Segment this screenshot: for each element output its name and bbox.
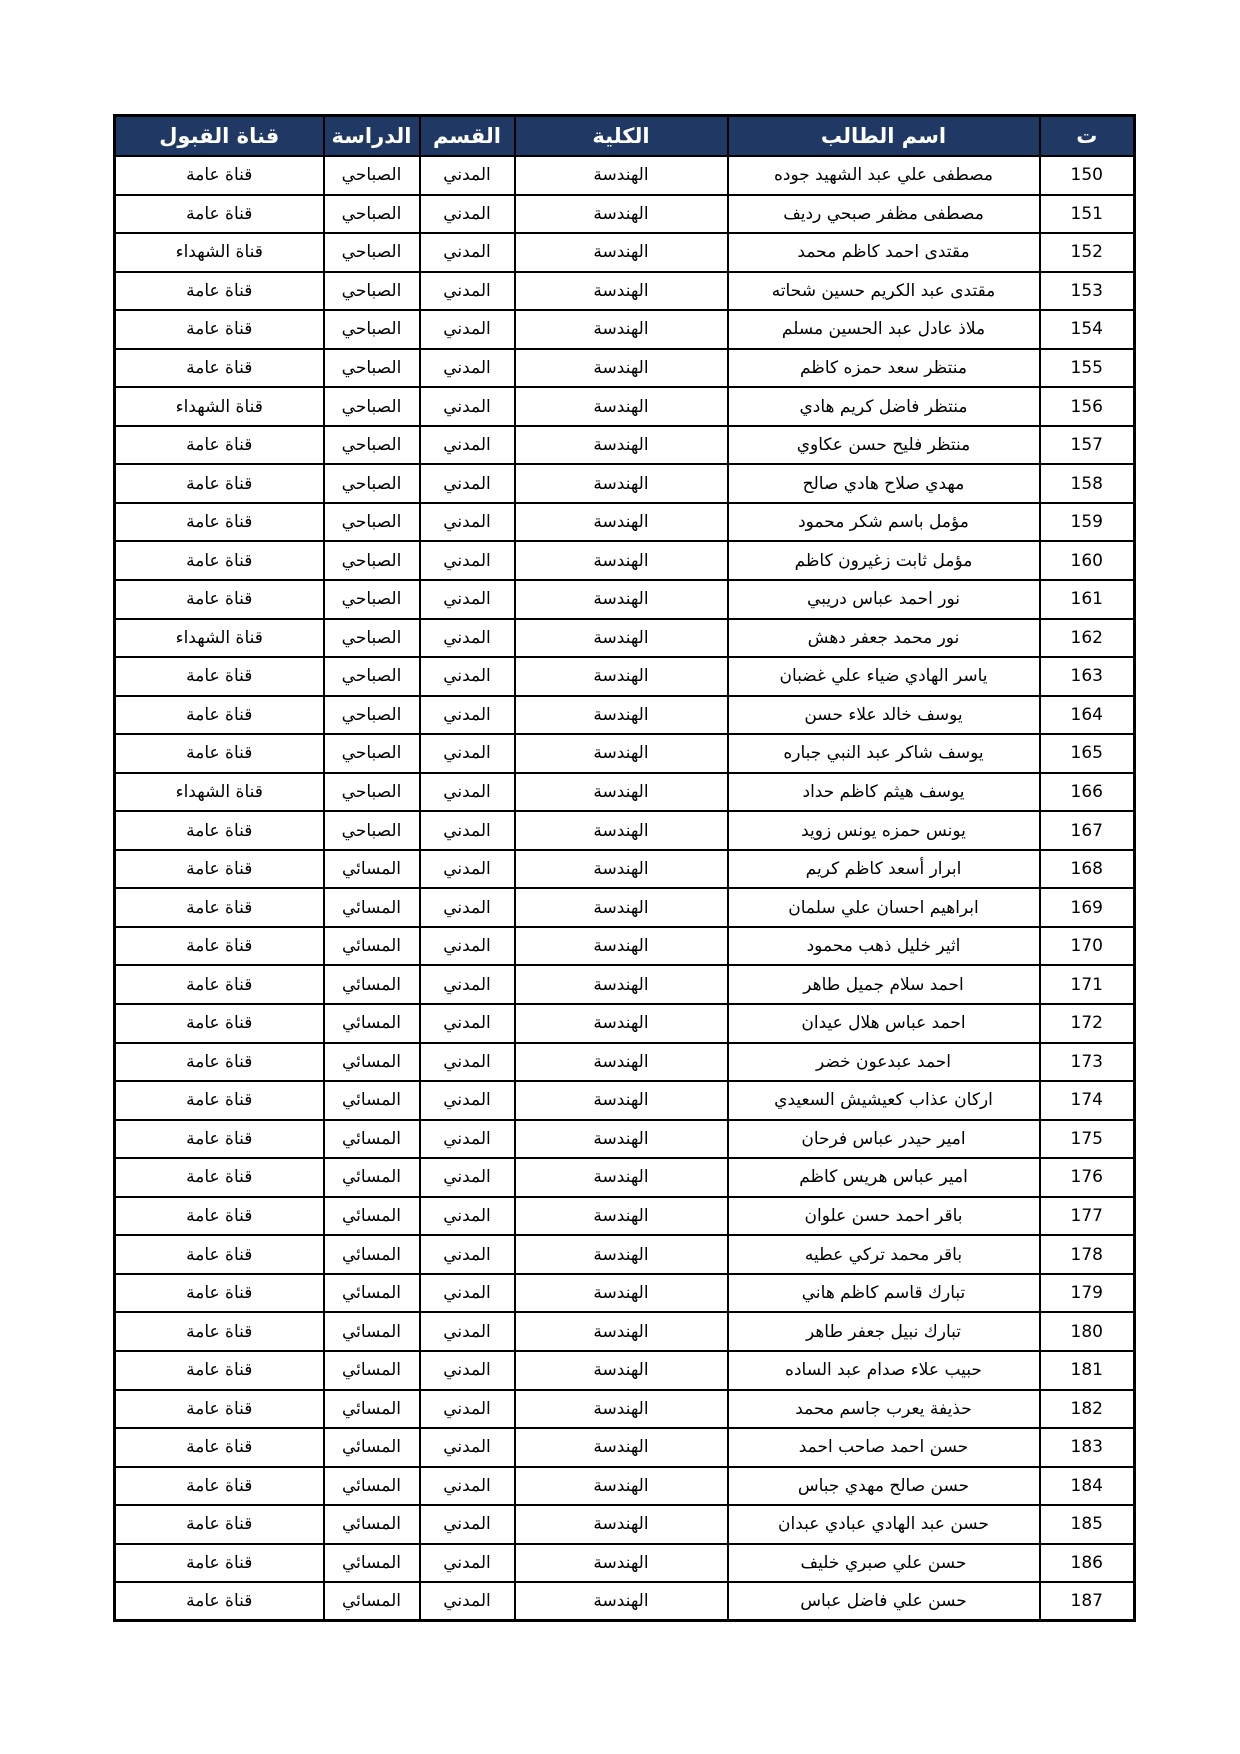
cell-no: 153 (1040, 272, 1135, 311)
cell-no: 164 (1040, 696, 1135, 735)
cell-no: 187 (1040, 1582, 1135, 1621)
cell-channel: قناة عامة (115, 1004, 324, 1043)
cell-dept: المدني (420, 426, 515, 465)
cell-name: مصطفى مظفر صبحي رديف (728, 195, 1040, 234)
cell-college: الهندسة (515, 1351, 728, 1390)
cell-channel: قناة عامة (115, 464, 324, 503)
table-row: 185حسن عبد الهادي عبادي عبدانالهندسةالمد… (115, 1505, 1135, 1544)
cell-study: المسائي (324, 1120, 420, 1159)
table-row: 163ياسر الهادي ضياء علي غضبانالهندسةالمد… (115, 657, 1135, 696)
cell-name: تبارك قاسم كاظم هاني (728, 1274, 1040, 1313)
cell-college: الهندسة (515, 696, 728, 735)
table-row: 183حسن احمد صاحب احمدالهندسةالمدنيالمسائ… (115, 1428, 1135, 1467)
cell-dept: المدني (420, 310, 515, 349)
cell-study: الصباحي (324, 310, 420, 349)
cell-college: الهندسة (515, 619, 728, 658)
cell-dept: المدني (420, 927, 515, 966)
cell-study: المسائي (324, 1081, 420, 1120)
table-row: 152مقتدى احمد كاظم محمدالهندسةالمدنيالصب… (115, 233, 1135, 272)
table-row: 182حذيفة يعرب جاسم محمدالهندسةالمدنيالمس… (115, 1390, 1135, 1429)
cell-name: اثير خليل ذهب محمود (728, 927, 1040, 966)
cell-dept: المدني (420, 272, 515, 311)
cell-channel: قناة عامة (115, 927, 324, 966)
cell-no: 160 (1040, 541, 1135, 580)
table-row: 172احمد عباس هلال عيدانالهندسةالمدنيالمس… (115, 1004, 1135, 1043)
cell-name: منتظر فاضل كريم هادي (728, 387, 1040, 426)
cell-study: المسائي (324, 965, 420, 1004)
cell-college: الهندسة (515, 1158, 728, 1197)
cell-college: الهندسة (515, 1120, 728, 1159)
cell-study: الصباحي (324, 156, 420, 195)
table-row: 157منتظر فليح حسن عكاويالهندسةالمدنيالصب… (115, 426, 1135, 465)
cell-college: الهندسة (515, 1274, 728, 1313)
cell-study: المسائي (324, 1043, 420, 1082)
cell-no: 166 (1040, 773, 1135, 812)
cell-dept: المدني (420, 464, 515, 503)
cell-no: 150 (1040, 156, 1135, 195)
cell-name: احمد عبدعون خضر (728, 1043, 1040, 1082)
cell-dept: المدني (420, 657, 515, 696)
cell-dept: المدني (420, 387, 515, 426)
cell-no: 157 (1040, 426, 1135, 465)
cell-college: الهندسة (515, 888, 728, 927)
cell-channel: قناة عامة (115, 811, 324, 850)
table-header: ت اسم الطالب الكلية القسم الدراسة قناة ا… (115, 116, 1135, 157)
cell-study: المسائي (324, 1158, 420, 1197)
cell-name: حسن صالح مهدي جباس (728, 1467, 1040, 1506)
cell-channel: قناة عامة (115, 965, 324, 1004)
cell-study: المسائي (324, 1505, 420, 1544)
header-cell-name: اسم الطالب (728, 116, 1040, 157)
cell-channel: قناة الشهداء (115, 387, 324, 426)
cell-dept: المدني (420, 541, 515, 580)
cell-name: مؤمل ثابت زغيرون كاظم (728, 541, 1040, 580)
table-row: 184حسن صالح مهدي جباسالهندسةالمدنيالمسائ… (115, 1467, 1135, 1506)
table-row: 153مقتدى عبد الكريم حسين شحاتهالهندسةالم… (115, 272, 1135, 311)
cell-dept: المدني (420, 1467, 515, 1506)
cell-name: اركان عذاب كعيشيش السعيدي (728, 1081, 1040, 1120)
table-row: 180تبارك نبيل جعفر طاهرالهندسةالمدنيالمس… (115, 1312, 1135, 1351)
cell-dept: المدني (420, 233, 515, 272)
cell-no: 173 (1040, 1043, 1135, 1082)
cell-college: الهندسة (515, 811, 728, 850)
cell-channel: قناة عامة (115, 1081, 324, 1120)
cell-name: احمد سلام جميل طاهر (728, 965, 1040, 1004)
cell-college: الهندسة (515, 503, 728, 542)
cell-no: 159 (1040, 503, 1135, 542)
cell-study: المسائي (324, 1428, 420, 1467)
header-cell-dept: القسم (420, 116, 515, 157)
cell-dept: المدني (420, 1120, 515, 1159)
cell-name: منتظر سعد حمزه كاظم (728, 349, 1040, 388)
table-row: 186حسن علي صبري خليفالهندسةالمدنيالمسائي… (115, 1544, 1135, 1583)
cell-channel: قناة عامة (115, 1274, 324, 1313)
cell-college: الهندسة (515, 349, 728, 388)
cell-no: 185 (1040, 1505, 1135, 1544)
cell-college: الهندسة (515, 1505, 728, 1544)
cell-dept: المدني (420, 1544, 515, 1583)
cell-no: 174 (1040, 1081, 1135, 1120)
cell-college: الهندسة (515, 464, 728, 503)
cell-name: ملاذ عادل عبد الحسين مسلم (728, 310, 1040, 349)
cell-study: الصباحي (324, 773, 420, 812)
table-row: 159مؤمل باسم شكر محمودالهندسةالمدنيالصبا… (115, 503, 1135, 542)
table-row: 176امير عباس هريس كاظمالهندسةالمدنيالمسا… (115, 1158, 1135, 1197)
cell-channel: قناة عامة (115, 1428, 324, 1467)
cell-no: 172 (1040, 1004, 1135, 1043)
cell-channel: قناة عامة (115, 1544, 324, 1583)
cell-channel: قناة عامة (115, 349, 324, 388)
cell-study: الصباحي (324, 619, 420, 658)
table-row: 150مصطفى علي عبد الشهيد جودهالهندسةالمدن… (115, 156, 1135, 195)
cell-study: الصباحي (324, 580, 420, 619)
cell-college: الهندسة (515, 1004, 728, 1043)
cell-channel: قناة عامة (115, 734, 324, 773)
cell-dept: المدني (420, 1081, 515, 1120)
cell-name: مقتدى احمد كاظم محمد (728, 233, 1040, 272)
header-cell-study: الدراسة (324, 116, 420, 157)
cell-dept: المدني (420, 1274, 515, 1313)
cell-name: مؤمل باسم شكر محمود (728, 503, 1040, 542)
cell-channel: قناة عامة (115, 657, 324, 696)
cell-study: المسائي (324, 888, 420, 927)
cell-no: 163 (1040, 657, 1135, 696)
cell-dept: المدني (420, 156, 515, 195)
cell-name: يوسف خالد علاء حسن (728, 696, 1040, 735)
cell-no: 158 (1040, 464, 1135, 503)
cell-study: الصباحي (324, 195, 420, 234)
cell-college: الهندسة (515, 734, 728, 773)
cell-college: الهندسة (515, 1582, 728, 1621)
cell-no: 151 (1040, 195, 1135, 234)
table-row: 177باقر احمد حسن علوانالهندسةالمدنيالمسا… (115, 1197, 1135, 1236)
cell-no: 179 (1040, 1274, 1135, 1313)
cell-dept: المدني (420, 503, 515, 542)
cell-college: الهندسة (515, 541, 728, 580)
cell-channel: قناة عامة (115, 1582, 324, 1621)
cell-channel: قناة عامة (115, 1043, 324, 1082)
table-row: 165يوسف شاكر عبد النبي جبارهالهندسةالمدن… (115, 734, 1135, 773)
cell-college: الهندسة (515, 1312, 728, 1351)
cell-name: حسن علي صبري خليف (728, 1544, 1040, 1583)
cell-dept: المدني (420, 965, 515, 1004)
admission-list-table: ت اسم الطالب الكلية القسم الدراسة قناة ا… (113, 114, 1136, 1622)
cell-no: 180 (1040, 1312, 1135, 1351)
header-cell-college: الكلية (515, 116, 728, 157)
table-row: 179تبارك قاسم كاظم هانيالهندسةالمدنيالمس… (115, 1274, 1135, 1313)
cell-name: ابرار أسعد كاظم كريم (728, 850, 1040, 889)
table-row: 158مهدي صلاح هادي صالحالهندسةالمدنيالصبا… (115, 464, 1135, 503)
cell-study: المسائي (324, 1004, 420, 1043)
cell-name: نور محمد جعفر دهش (728, 619, 1040, 658)
cell-name: حسن عبد الهادي عبادي عبدان (728, 1505, 1040, 1544)
cell-name: حسن علي فاضل عباس (728, 1582, 1040, 1621)
cell-name: ابراهيم احسان علي سلمان (728, 888, 1040, 927)
cell-dept: المدني (420, 1004, 515, 1043)
cell-study: المسائي (324, 1235, 420, 1274)
cell-study: الصباحي (324, 696, 420, 735)
cell-dept: المدني (420, 811, 515, 850)
cell-no: 177 (1040, 1197, 1135, 1236)
cell-study: المسائي (324, 1351, 420, 1390)
cell-no: 169 (1040, 888, 1135, 927)
cell-dept: المدني (420, 1505, 515, 1544)
cell-no: 171 (1040, 965, 1135, 1004)
cell-channel: قناة الشهداء (115, 773, 324, 812)
table-row: 173احمد عبدعون خضرالهندسةالمدنيالمسائيقن… (115, 1043, 1135, 1082)
cell-dept: المدني (420, 1428, 515, 1467)
cell-no: 167 (1040, 811, 1135, 850)
cell-name: يونس حمزه يونس زويد (728, 811, 1040, 850)
cell-college: الهندسة (515, 310, 728, 349)
cell-college: الهندسة (515, 1235, 728, 1274)
table-row: 155منتظر سعد حمزه كاظمالهندسةالمدنيالصبا… (115, 349, 1135, 388)
cell-channel: قناة عامة (115, 1312, 324, 1351)
cell-study: الصباحي (324, 811, 420, 850)
cell-channel: قناة عامة (115, 850, 324, 889)
table-row: 175امير حيدر عباس فرحانالهندسةالمدنيالمس… (115, 1120, 1135, 1159)
cell-dept: المدني (420, 888, 515, 927)
cell-dept: المدني (420, 1197, 515, 1236)
cell-study: الصباحي (324, 426, 420, 465)
cell-name: امير عباس هريس كاظم (728, 1158, 1040, 1197)
header-row: ت اسم الطالب الكلية القسم الدراسة قناة ا… (115, 116, 1135, 157)
table-row: 166يوسف هيثم كاظم حدادالهندسةالمدنيالصبا… (115, 773, 1135, 812)
cell-study: الصباحي (324, 657, 420, 696)
cell-study: المسائي (324, 1390, 420, 1429)
cell-dept: المدني (420, 580, 515, 619)
cell-study: الصباحي (324, 734, 420, 773)
cell-no: 183 (1040, 1428, 1135, 1467)
table-row: 151مصطفى مظفر صبحي رديفالهندسةالمدنيالصب… (115, 195, 1135, 234)
cell-channel: قناة الشهداء (115, 619, 324, 658)
cell-college: الهندسة (515, 657, 728, 696)
table-row: 164يوسف خالد علاء حسنالهندسةالمدنيالصباح… (115, 696, 1135, 735)
cell-no: 184 (1040, 1467, 1135, 1506)
cell-dept: المدني (420, 734, 515, 773)
table-row: 170اثير خليل ذهب محمودالهندسةالمدنيالمسا… (115, 927, 1135, 966)
table-row: 154ملاذ عادل عبد الحسين مسلمالهندسةالمدن… (115, 310, 1135, 349)
cell-no: 162 (1040, 619, 1135, 658)
cell-college: الهندسة (515, 1043, 728, 1082)
cell-name: حبيب علاء صدام عبد الساده (728, 1351, 1040, 1390)
cell-dept: المدني (420, 1043, 515, 1082)
cell-study: المسائي (324, 1274, 420, 1313)
cell-channel: قناة عامة (115, 1467, 324, 1506)
cell-college: الهندسة (515, 1081, 728, 1120)
table-row: 174اركان عذاب كعيشيش السعيديالهندسةالمدن… (115, 1081, 1135, 1120)
cell-study: المسائي (324, 1312, 420, 1351)
cell-name: حسن احمد صاحب احمد (728, 1428, 1040, 1467)
cell-name: يوسف شاكر عبد النبي جباره (728, 734, 1040, 773)
header-cell-channel: قناة القبول (115, 116, 324, 157)
cell-no: 156 (1040, 387, 1135, 426)
cell-dept: المدني (420, 773, 515, 812)
table-row: 187حسن علي فاضل عباسالهندسةالمدنيالمسائي… (115, 1582, 1135, 1621)
cell-college: الهندسة (515, 195, 728, 234)
cell-no: 176 (1040, 1158, 1135, 1197)
cell-no: 165 (1040, 734, 1135, 773)
cell-no: 186 (1040, 1544, 1135, 1583)
cell-dept: المدني (420, 1390, 515, 1429)
table-body: 150مصطفى علي عبد الشهيد جودهالهندسةالمدن… (115, 156, 1135, 1621)
cell-dept: المدني (420, 696, 515, 735)
cell-study: المسائي (324, 1467, 420, 1506)
cell-study: المسائي (324, 1197, 420, 1236)
cell-college: الهندسة (515, 1428, 728, 1467)
cell-study: المسائي (324, 1582, 420, 1621)
cell-dept: المدني (420, 1235, 515, 1274)
cell-channel: قناة عامة (115, 541, 324, 580)
table-row: 178باقر محمد تركي عطيهالهندسةالمدنيالمسا… (115, 1235, 1135, 1274)
cell-name: امير حيدر عباس فرحان (728, 1120, 1040, 1159)
cell-name: مقتدى عبد الكريم حسين شحاته (728, 272, 1040, 311)
cell-no: 178 (1040, 1235, 1135, 1274)
cell-college: الهندسة (515, 233, 728, 272)
cell-no: 168 (1040, 850, 1135, 889)
cell-channel: قناة عامة (115, 696, 324, 735)
cell-channel: قناة عامة (115, 1158, 324, 1197)
cell-name: منتظر فليح حسن عكاوي (728, 426, 1040, 465)
table-row: 181حبيب علاء صدام عبد السادهالهندسةالمدن… (115, 1351, 1135, 1390)
table-row: 171احمد سلام جميل طاهرالهندسةالمدنيالمسا… (115, 965, 1135, 1004)
cell-name: باقر احمد حسن علوان (728, 1197, 1040, 1236)
cell-college: الهندسة (515, 1544, 728, 1583)
table-row: 156منتظر فاضل كريم هاديالهندسةالمدنيالصب… (115, 387, 1135, 426)
cell-name: نور احمد عباس دريبي (728, 580, 1040, 619)
cell-dept: المدني (420, 850, 515, 889)
cell-study: الصباحي (324, 349, 420, 388)
cell-college: الهندسة (515, 1197, 728, 1236)
table-row: 168ابرار أسعد كاظم كريمالهندسةالمدنيالمس… (115, 850, 1135, 889)
cell-no: 155 (1040, 349, 1135, 388)
cell-name: يوسف هيثم كاظم حداد (728, 773, 1040, 812)
cell-channel: قناة عامة (115, 1505, 324, 1544)
cell-college: الهندسة (515, 272, 728, 311)
cell-no: 175 (1040, 1120, 1135, 1159)
cell-channel: قناة الشهداء (115, 233, 324, 272)
cell-dept: المدني (420, 349, 515, 388)
cell-dept: المدني (420, 195, 515, 234)
table-row: 167يونس حمزه يونس زويدالهندسةالمدنيالصبا… (115, 811, 1135, 850)
cell-channel: قناة عامة (115, 1120, 324, 1159)
cell-channel: قناة عامة (115, 272, 324, 311)
document-page: ت اسم الطالب الكلية القسم الدراسة قناة ا… (0, 0, 1240, 1754)
cell-name: باقر محمد تركي عطيه (728, 1235, 1040, 1274)
cell-study: الصباحي (324, 387, 420, 426)
cell-channel: قناة عامة (115, 1197, 324, 1236)
cell-college: الهندسة (515, 426, 728, 465)
cell-channel: قناة عامة (115, 426, 324, 465)
header-cell-no: ت (1040, 116, 1135, 157)
cell-channel: قناة عامة (115, 888, 324, 927)
cell-channel: قناة عامة (115, 503, 324, 542)
cell-dept: المدني (420, 1582, 515, 1621)
cell-channel: قناة عامة (115, 195, 324, 234)
cell-dept: المدني (420, 1351, 515, 1390)
cell-channel: قناة عامة (115, 580, 324, 619)
cell-college: الهندسة (515, 773, 728, 812)
cell-college: الهندسة (515, 1467, 728, 1506)
cell-channel: قناة عامة (115, 1235, 324, 1274)
table-row: 162نور محمد جعفر دهشالهندسةالمدنيالصباحي… (115, 619, 1135, 658)
cell-dept: المدني (420, 1158, 515, 1197)
cell-name: احمد عباس هلال عيدان (728, 1004, 1040, 1043)
cell-no: 161 (1040, 580, 1135, 619)
cell-study: الصباحي (324, 272, 420, 311)
cell-college: الهندسة (515, 156, 728, 195)
cell-college: الهندسة (515, 927, 728, 966)
cell-no: 152 (1040, 233, 1135, 272)
cell-college: الهندسة (515, 580, 728, 619)
cell-no: 170 (1040, 927, 1135, 966)
table-row: 160مؤمل ثابت زغيرون كاظمالهندسةالمدنيالص… (115, 541, 1135, 580)
cell-name: ياسر الهادي ضياء علي غضبان (728, 657, 1040, 696)
cell-study: الصباحي (324, 503, 420, 542)
cell-dept: المدني (420, 619, 515, 658)
cell-channel: قناة عامة (115, 1390, 324, 1429)
cell-channel: قناة عامة (115, 156, 324, 195)
cell-channel: قناة عامة (115, 1351, 324, 1390)
cell-no: 182 (1040, 1390, 1135, 1429)
cell-dept: المدني (420, 1312, 515, 1351)
cell-college: الهندسة (515, 850, 728, 889)
cell-name: حذيفة يعرب جاسم محمد (728, 1390, 1040, 1429)
cell-study: الصباحي (324, 233, 420, 272)
cell-study: المسائي (324, 850, 420, 889)
table-row: 169ابراهيم احسان علي سلمانالهندسةالمدنيا… (115, 888, 1135, 927)
cell-name: مصطفى علي عبد الشهيد جوده (728, 156, 1040, 195)
cell-college: الهندسة (515, 387, 728, 426)
cell-study: الصباحي (324, 541, 420, 580)
cell-no: 154 (1040, 310, 1135, 349)
cell-study: المسائي (324, 1544, 420, 1583)
cell-study: الصباحي (324, 464, 420, 503)
cell-study: المسائي (324, 927, 420, 966)
cell-college: الهندسة (515, 965, 728, 1004)
cell-name: مهدي صلاح هادي صالح (728, 464, 1040, 503)
cell-name: تبارك نبيل جعفر طاهر (728, 1312, 1040, 1351)
cell-college: الهندسة (515, 1390, 728, 1429)
cell-no: 181 (1040, 1351, 1135, 1390)
table-row: 161نور احمد عباس دريبيالهندسةالمدنيالصبا… (115, 580, 1135, 619)
cell-channel: قناة عامة (115, 310, 324, 349)
